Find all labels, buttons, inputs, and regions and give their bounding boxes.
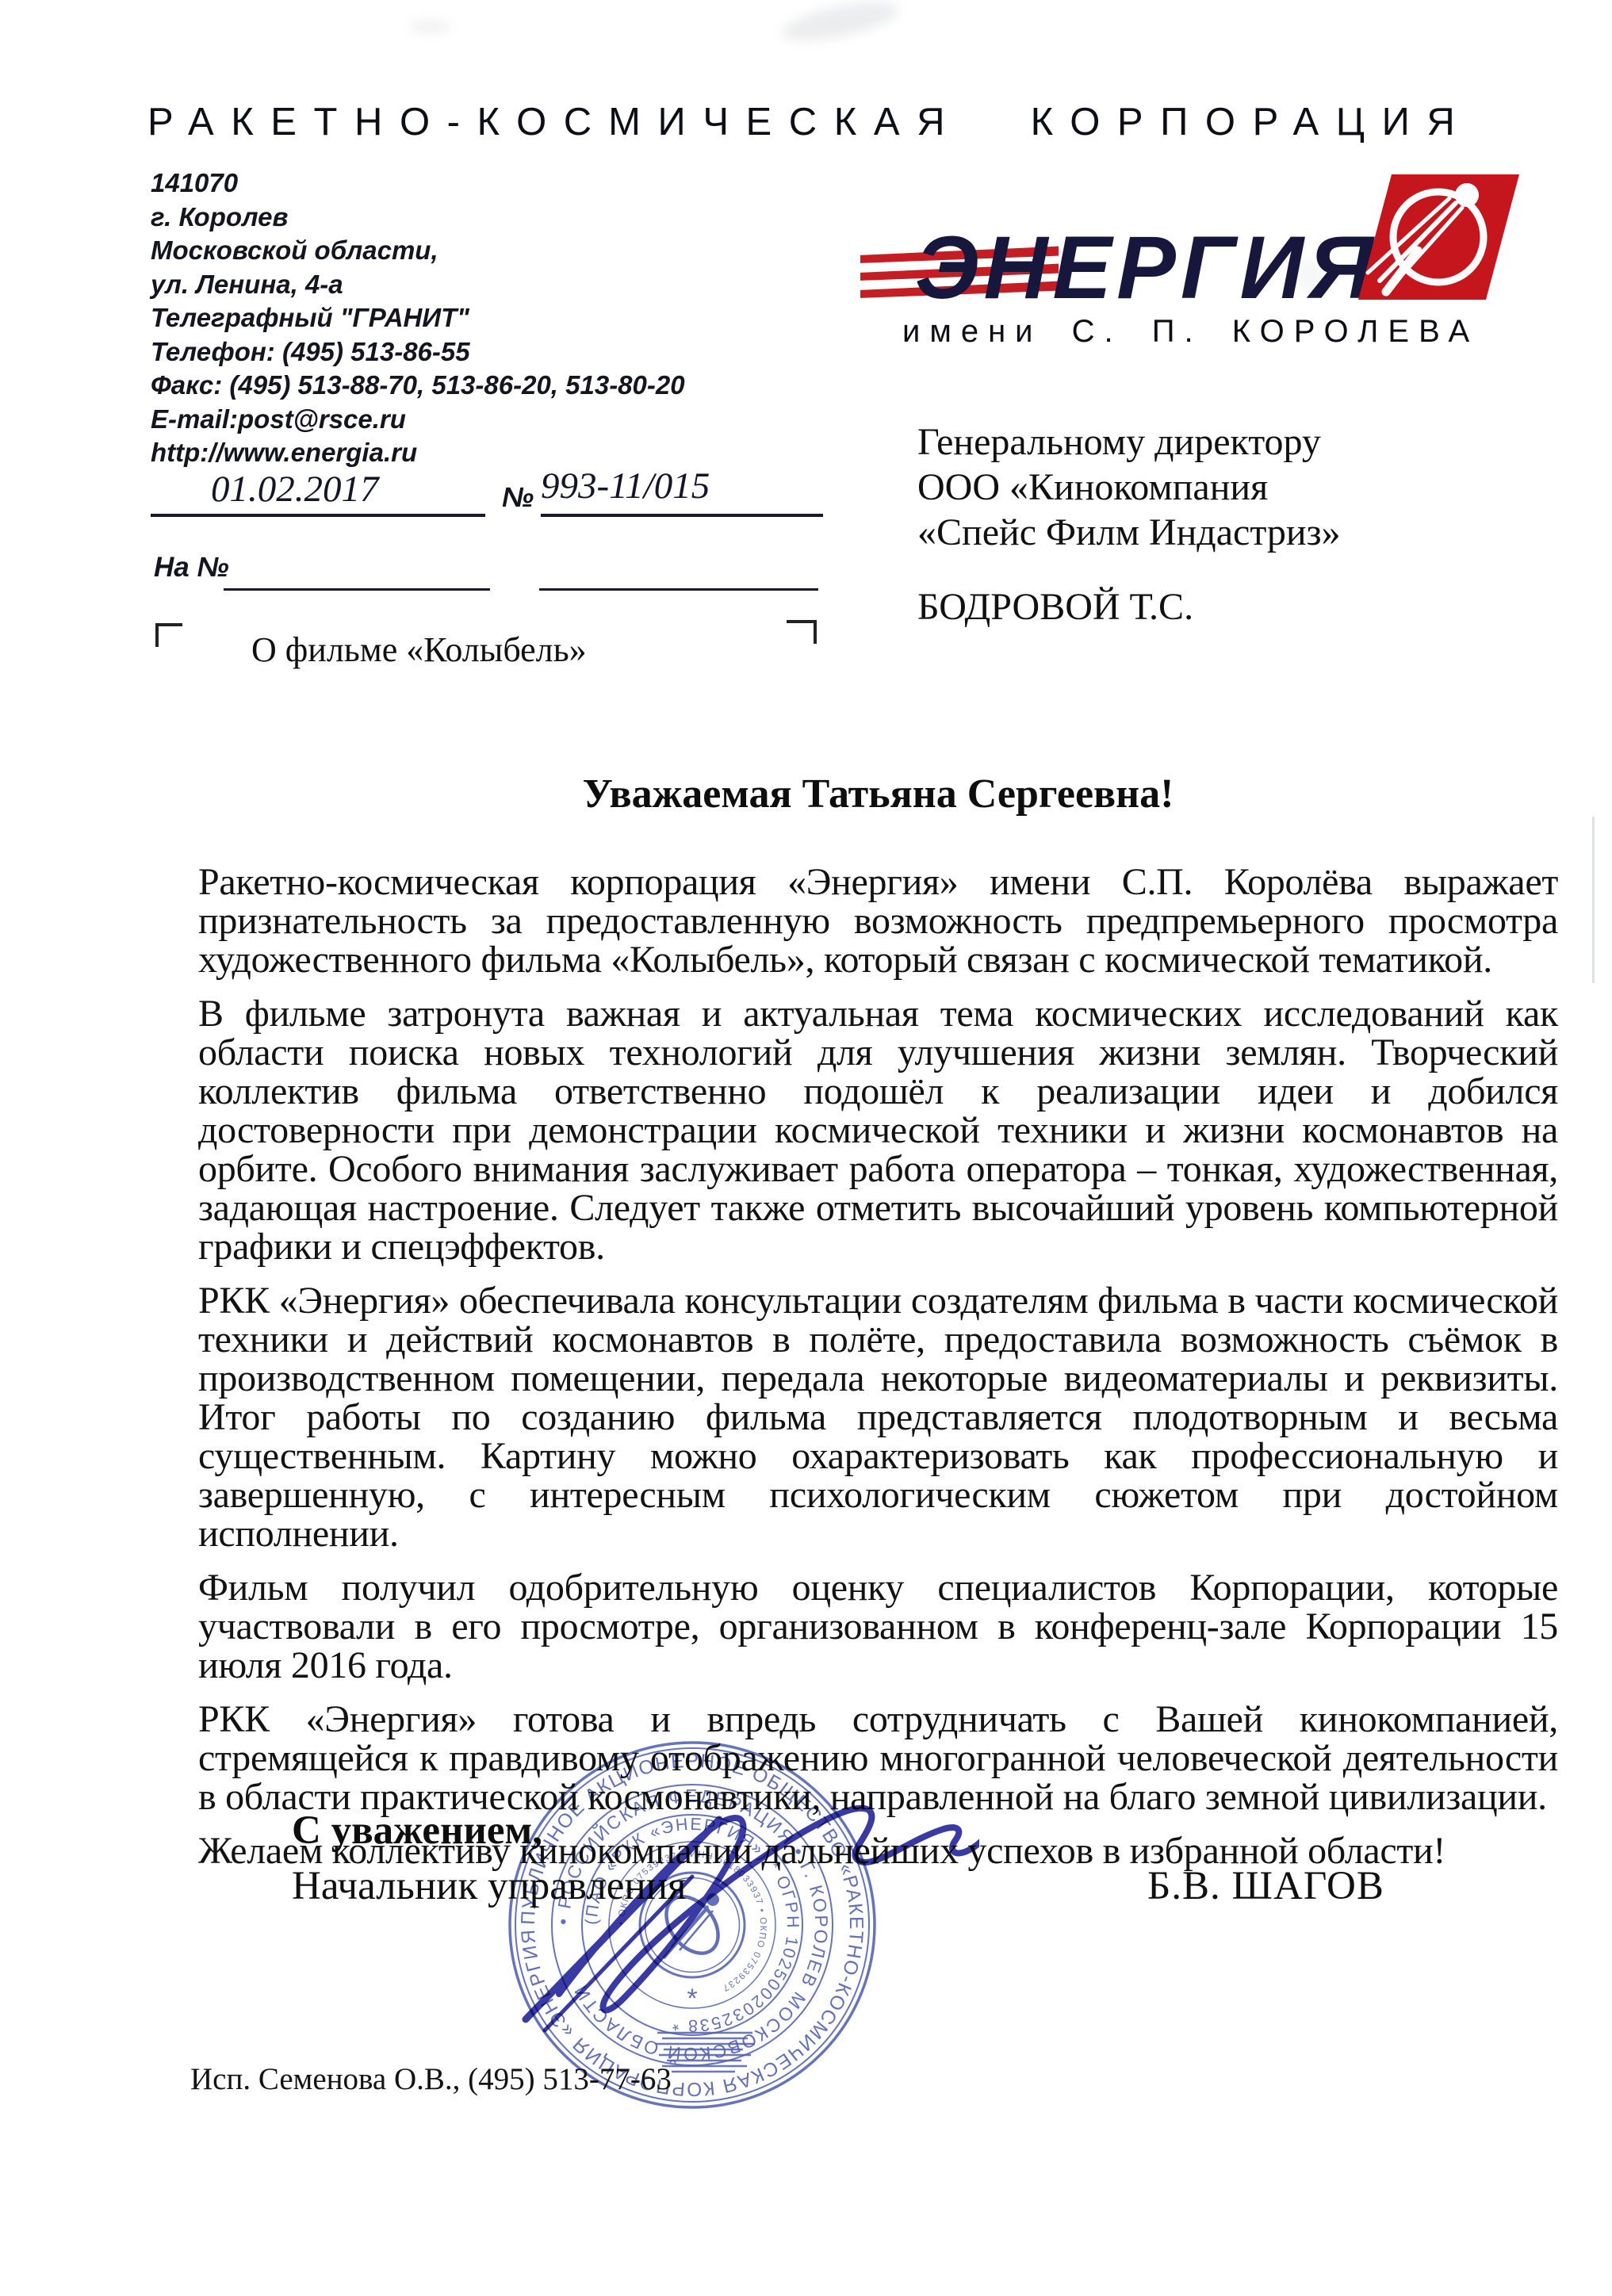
sender-city: г. Королев [151, 201, 685, 235]
executor-note: Исп. Семенова О.В., (495) 513-77-63 [190, 2061, 672, 2097]
subject-line: О фильме «Колыбель» [251, 629, 587, 670]
body-paragraph: Ракетно-космическая корпорация «Энергия»… [198, 863, 1558, 979]
satellite-emblem-icon [1358, 174, 1519, 300]
recipient-name: БОДРОВОЙ Т.С. [917, 584, 1341, 629]
number-underline [541, 514, 823, 517]
recipient-company-2: «Спейс Филм Индастриз» [917, 510, 1341, 555]
letter-body: Ракетно-космическая корпорация «Энергия»… [198, 863, 1558, 1870]
scan-streak-artifact [1592, 817, 1595, 983]
corner-bracket-right [787, 620, 817, 644]
sender-phone: Телефон: (495) 513-86-55 [151, 335, 685, 369]
number-sign-label: № [502, 482, 534, 514]
sender-email: E-mail:post@rsce.ru [151, 403, 685, 437]
recipient-company-1: ООО «Кинокомпания [917, 465, 1341, 510]
body-paragraph: В фильме затронута важная и актуальная т… [198, 994, 1558, 1266]
letterhead-title: РАКЕТНО-КОСМИЧЕСКАЯ КОРПОРАЦИЯ [147, 100, 1472, 144]
date-underline [151, 514, 485, 517]
logo-wordmark: ЭНЕРГИЯ [915, 218, 1378, 317]
letter-page: РАКЕТНО-КОСМИЧЕСКАЯ КОРПОРАЦИЯ 141070 г.… [0, 0, 1612, 2296]
reply-underline-2 [539, 588, 818, 591]
sender-telegraph: Телеграфный "ГРАНИТ" [151, 301, 685, 335]
sender-postcode: 141070 [151, 166, 685, 201]
sender-street: ул. Ленина, 4-а [151, 268, 685, 302]
sender-address-block: 141070 г. Королев Московской области, ул… [151, 166, 685, 470]
sender-region: Московской области, [151, 234, 685, 268]
recipient-title: Генеральному директору [917, 419, 1341, 465]
recipient-block: Генеральному директору ООО «Кинокомпания… [917, 419, 1341, 629]
body-paragraph: Фильм получил одобрительную оценку специ… [198, 1568, 1558, 1685]
scan-smudge [408, 21, 451, 33]
signer-name: Б.В. ШАГОВ [1147, 1863, 1384, 1909]
signature [440, 1740, 979, 2113]
sender-fax: Факс: (495) 513-88-70, 513-86-20, 513-80… [151, 369, 685, 403]
corner-bracket-left [155, 623, 182, 647]
salutation: Уважаемая Татьяна Сергеевна! [198, 771, 1558, 817]
letter-date: 01.02.2017 [211, 468, 379, 511]
reply-to-label: На № [154, 552, 229, 584]
body-paragraph: РКК «Энергия» обеспечивала консультации … [198, 1281, 1558, 1553]
letter-number: 993-11/015 [541, 465, 710, 507]
reply-underline-1 [224, 588, 490, 591]
logo-subtitle: имени С. П. КОРОЛЕВА [902, 314, 1537, 350]
scan-smudge [779, 0, 902, 48]
